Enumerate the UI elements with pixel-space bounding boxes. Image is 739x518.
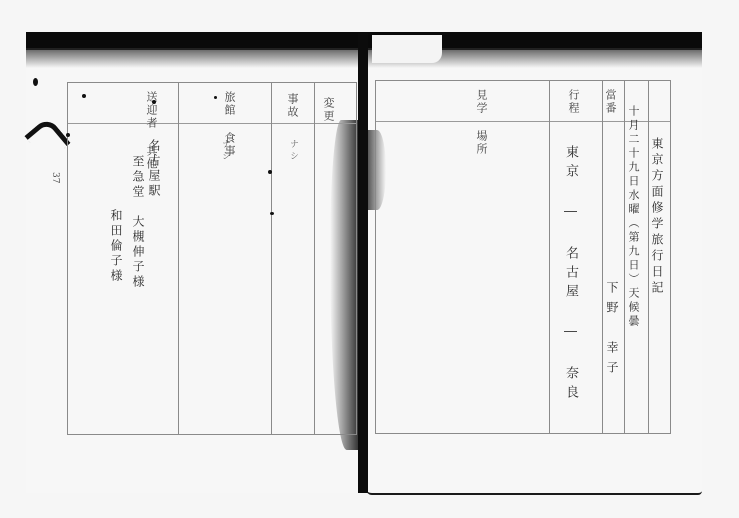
header-itinerary: 行程: [568, 89, 579, 115]
day-number: （第九日）: [627, 217, 640, 287]
scan-speck: [268, 170, 272, 174]
date: 十月二十九日: [627, 105, 640, 189]
column-accident: [271, 83, 315, 434]
weather: 曇: [627, 315, 640, 329]
scan-speck: [66, 133, 70, 137]
margin-note: 37: [50, 172, 60, 183]
left-page-table: 送迎者 其他 旅館 食事 事故 変更 名古屋駅 至急堂 大槻伸子様 和田倫子様 …: [67, 82, 357, 435]
accident-value: ナシ: [288, 139, 297, 163]
right-page-table: 見学 場所 行程 當番 東京 ― 名古屋 ― 奈良 下野 幸子 十月二十九日水曜…: [375, 80, 671, 434]
paper-patch: [372, 35, 442, 63]
column-others: [68, 83, 179, 434]
header-change: 変更: [323, 97, 334, 123]
others-line-1: 名古屋駅: [148, 139, 160, 199]
scan-speck: [214, 96, 217, 99]
scan-speck: [270, 212, 274, 215]
header-duty: 當番: [605, 89, 616, 115]
weekday: 水曜: [627, 189, 640, 217]
itinerary-value: 東京 ― 名古屋 ― 奈良: [564, 145, 577, 404]
book-gutter: [358, 33, 368, 493]
others-line-2: 至急堂 大槻伸子様: [132, 155, 144, 290]
duty-value: 下野 幸子: [606, 281, 618, 381]
header-visit-places: 見学 場所: [476, 89, 487, 156]
column-visit-places: [376, 81, 550, 433]
entry-date: 十月二十九日水曜（第九日）天候曇: [628, 105, 639, 329]
others-line-3: 和田倫子様: [110, 209, 122, 284]
scan-speck: [33, 78, 38, 86]
scan-speck: [152, 100, 156, 104]
header-accident: 事故: [287, 93, 298, 119]
diary-title: 東京方面修学旅行日記: [651, 137, 663, 297]
inn-meals-value: ナシ: [220, 139, 229, 163]
weather-label: 天候: [627, 287, 640, 315]
scan-speck: [82, 94, 86, 98]
